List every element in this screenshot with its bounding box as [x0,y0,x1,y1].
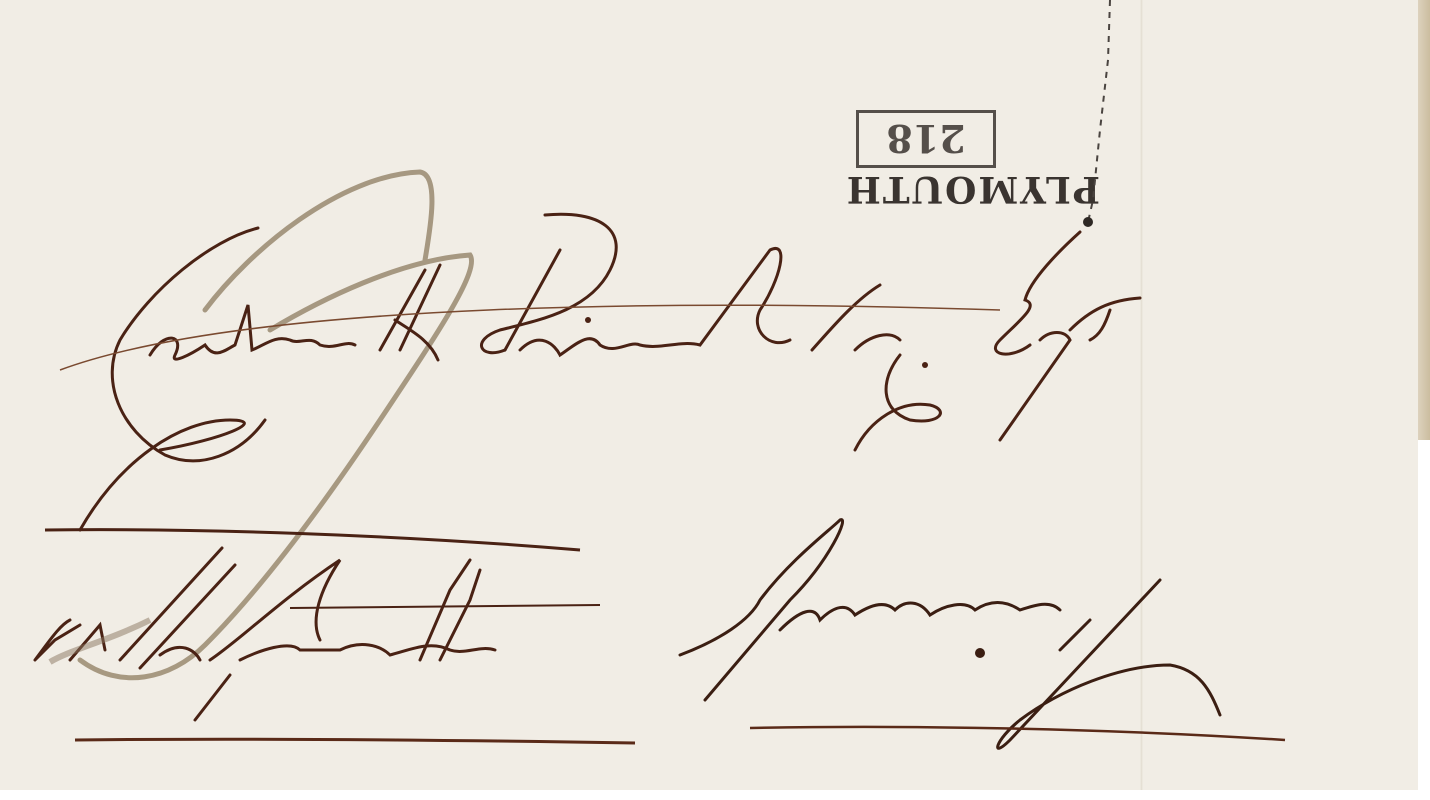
strike-line-1 [60,305,1000,370]
handwriting-ink-layer [0,0,1430,800]
routing-line-ink [35,548,495,720]
ink-dot [1083,217,1093,227]
underline-1 [45,530,580,550]
destination-ink [680,520,1220,749]
address-line-1-ink [80,214,1140,530]
underline-2 [75,739,635,743]
pencil-dashed-line [1088,0,1110,222]
rate-mark-3 [80,172,472,678]
ink-dot [975,648,985,658]
